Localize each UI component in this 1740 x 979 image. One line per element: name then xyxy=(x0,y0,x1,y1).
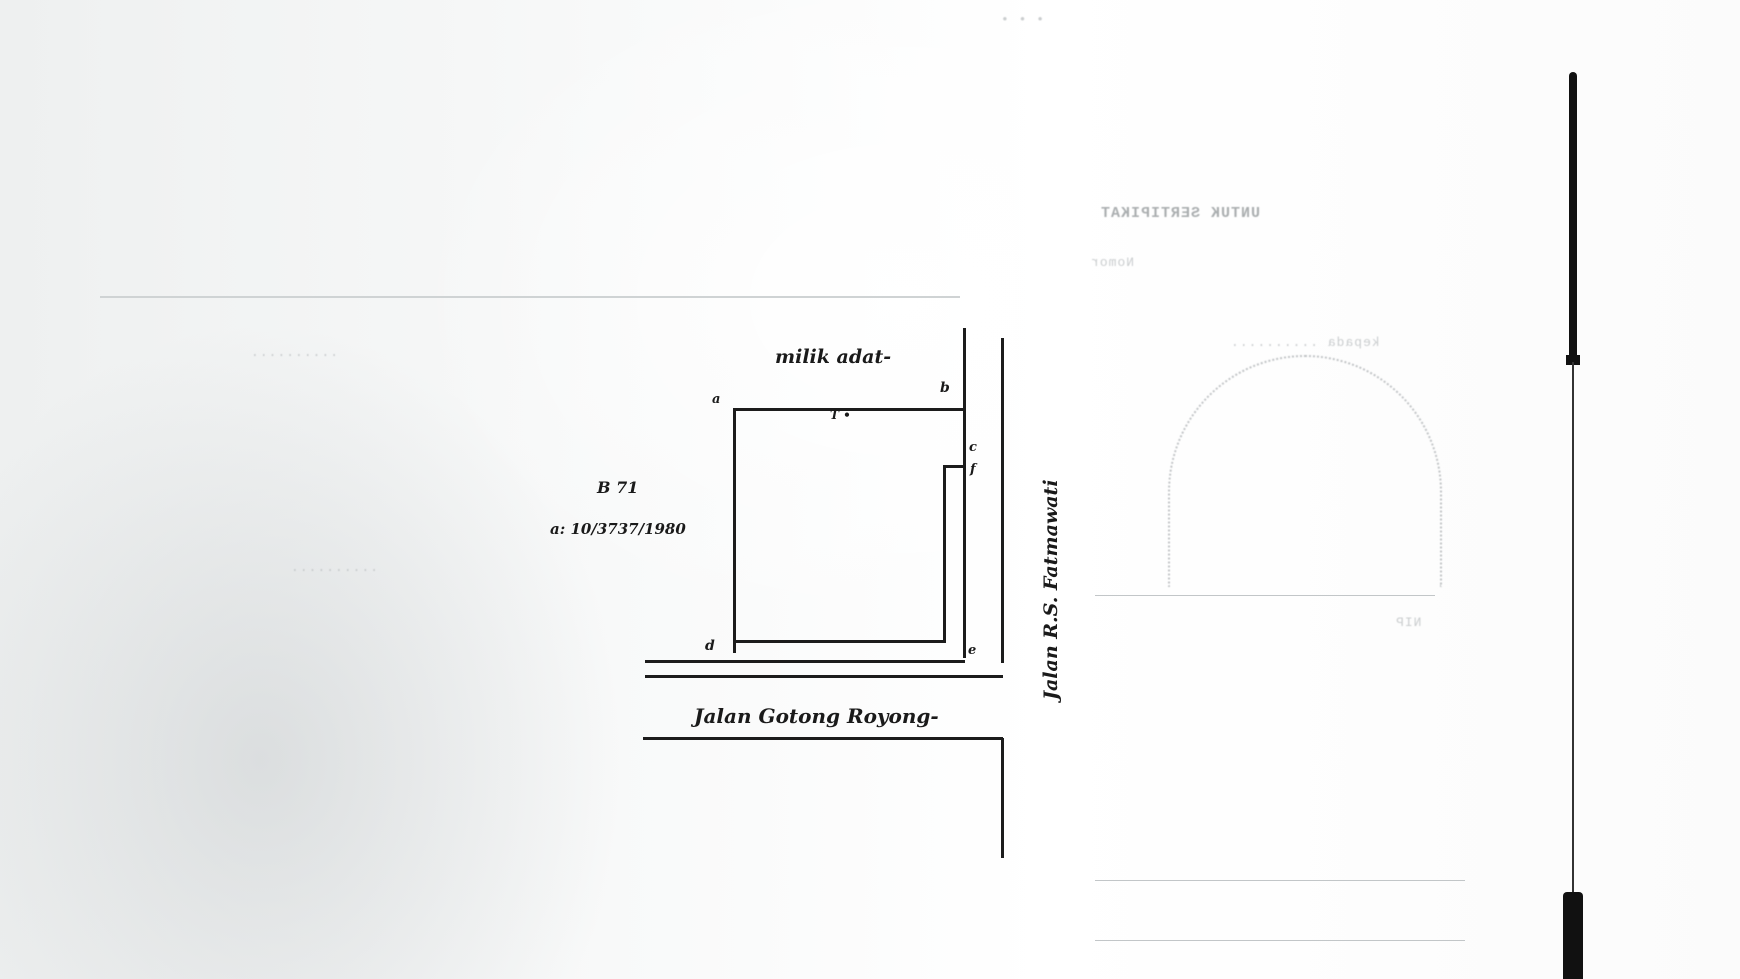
label-registration-number: a: 10/3737/1980 xyxy=(550,520,686,538)
street-edge-bottom-far xyxy=(643,737,1003,740)
binding-line xyxy=(1572,362,1574,892)
bleed-rule xyxy=(1095,880,1465,881)
street-edge-right-outer-lower xyxy=(1001,738,1004,858)
right-block-line-2: kepada .......... xyxy=(1230,335,1380,350)
binding-bar-upper xyxy=(1569,72,1577,362)
small-mark: T • xyxy=(830,408,851,422)
corner-label-d: d xyxy=(705,638,715,654)
corner-label-c: c xyxy=(969,440,977,455)
street-edge-right-outer xyxy=(1001,338,1004,663)
right-block-line-1: Nomor xyxy=(1090,255,1134,270)
corner-label-e: e xyxy=(968,643,976,658)
label-jalan-rs-fatmawati: Jalan R.S. Fatmawati xyxy=(1040,479,1062,700)
left-block-line-2: .......... xyxy=(290,560,378,575)
binding-bar-lower xyxy=(1563,892,1583,979)
plot-boundary-bottom xyxy=(736,640,946,643)
label-milik-adat: milik adat- xyxy=(775,346,891,368)
corner-label-a: a xyxy=(712,392,720,407)
plot-boundary-notch xyxy=(943,465,963,468)
street-edge-bottom-outer xyxy=(645,675,1003,678)
scanned-paper xyxy=(0,0,1740,979)
corner-label-b: b xyxy=(940,380,950,396)
bleed-rule xyxy=(1095,595,1435,596)
plot-boundary-left xyxy=(733,408,736,653)
bleed-rule xyxy=(1095,940,1465,941)
right-block-line-3: NIP xyxy=(1395,615,1421,630)
left-block-line-1: .......... xyxy=(250,345,338,360)
label-jalan-gotong-royong: Jalan Gotong Royong- xyxy=(694,704,939,728)
corner-label-f: f xyxy=(970,462,976,477)
bleed-rule xyxy=(100,296,960,298)
street-edge-bottom-inner xyxy=(645,660,965,663)
plot-boundary-right-inner xyxy=(943,465,946,643)
right-block-title: UNTUK SERTIPIKAT xyxy=(1100,205,1260,222)
street-edge-right-inner xyxy=(963,328,966,658)
label-b71: B 71 xyxy=(597,478,638,497)
header-bleed-text: • • • xyxy=(1000,12,1044,27)
